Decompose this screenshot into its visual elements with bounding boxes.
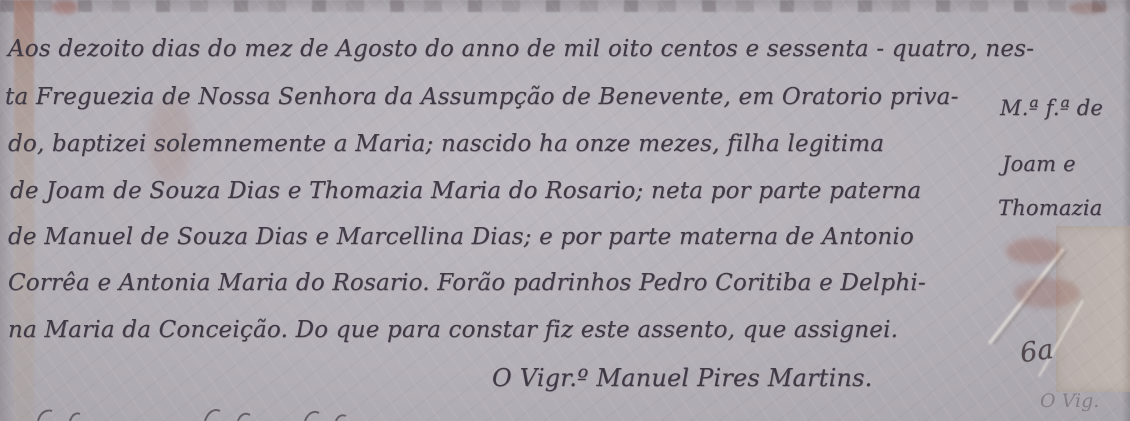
left-binding-tape-band [14,0,34,421]
margin-note-mother: Thomazia [998,196,1103,220]
show-through-text: O Vig. [1040,390,1099,412]
paper-texture-overlay [0,0,1130,421]
record-line-4: de Joam de Souza Dias e Thomazia Maria d… [10,178,921,204]
record-line-6: Corrêa e Antonia Maria do Rosario. Forão… [8,270,926,296]
margin-flourish-mark: 6a [1018,334,1055,369]
record-line-7: na Maria da Conceição. Do que para const… [8,317,898,343]
page-top-bleed-strip [0,0,1130,12]
scanned-baptism-record-page: Aos dezoito dias do mez de Agosto do ann… [0,0,1130,421]
vicar-signature: O Vigr.º Manuel Pires Martins. [492,364,872,392]
margin-note-father: Joam e [1002,152,1076,176]
record-line-5: de Manuel de Souza Dias e Marcellina Dia… [8,224,914,250]
record-line-2: ta Freguezia de Nossa Senhora da Assumpç… [5,84,959,110]
margin-note-child: M.ª f.ª de [1000,96,1103,120]
tape-crease [988,248,1064,344]
left-edge-shadow [0,0,14,421]
record-line-1: Aos dezoito dias do mez de Agosto do ann… [8,36,1034,62]
cutoff-next-line-strokes [0,403,700,421]
record-line-3: do, baptizei solemnemente a Maria; nasci… [8,131,884,157]
